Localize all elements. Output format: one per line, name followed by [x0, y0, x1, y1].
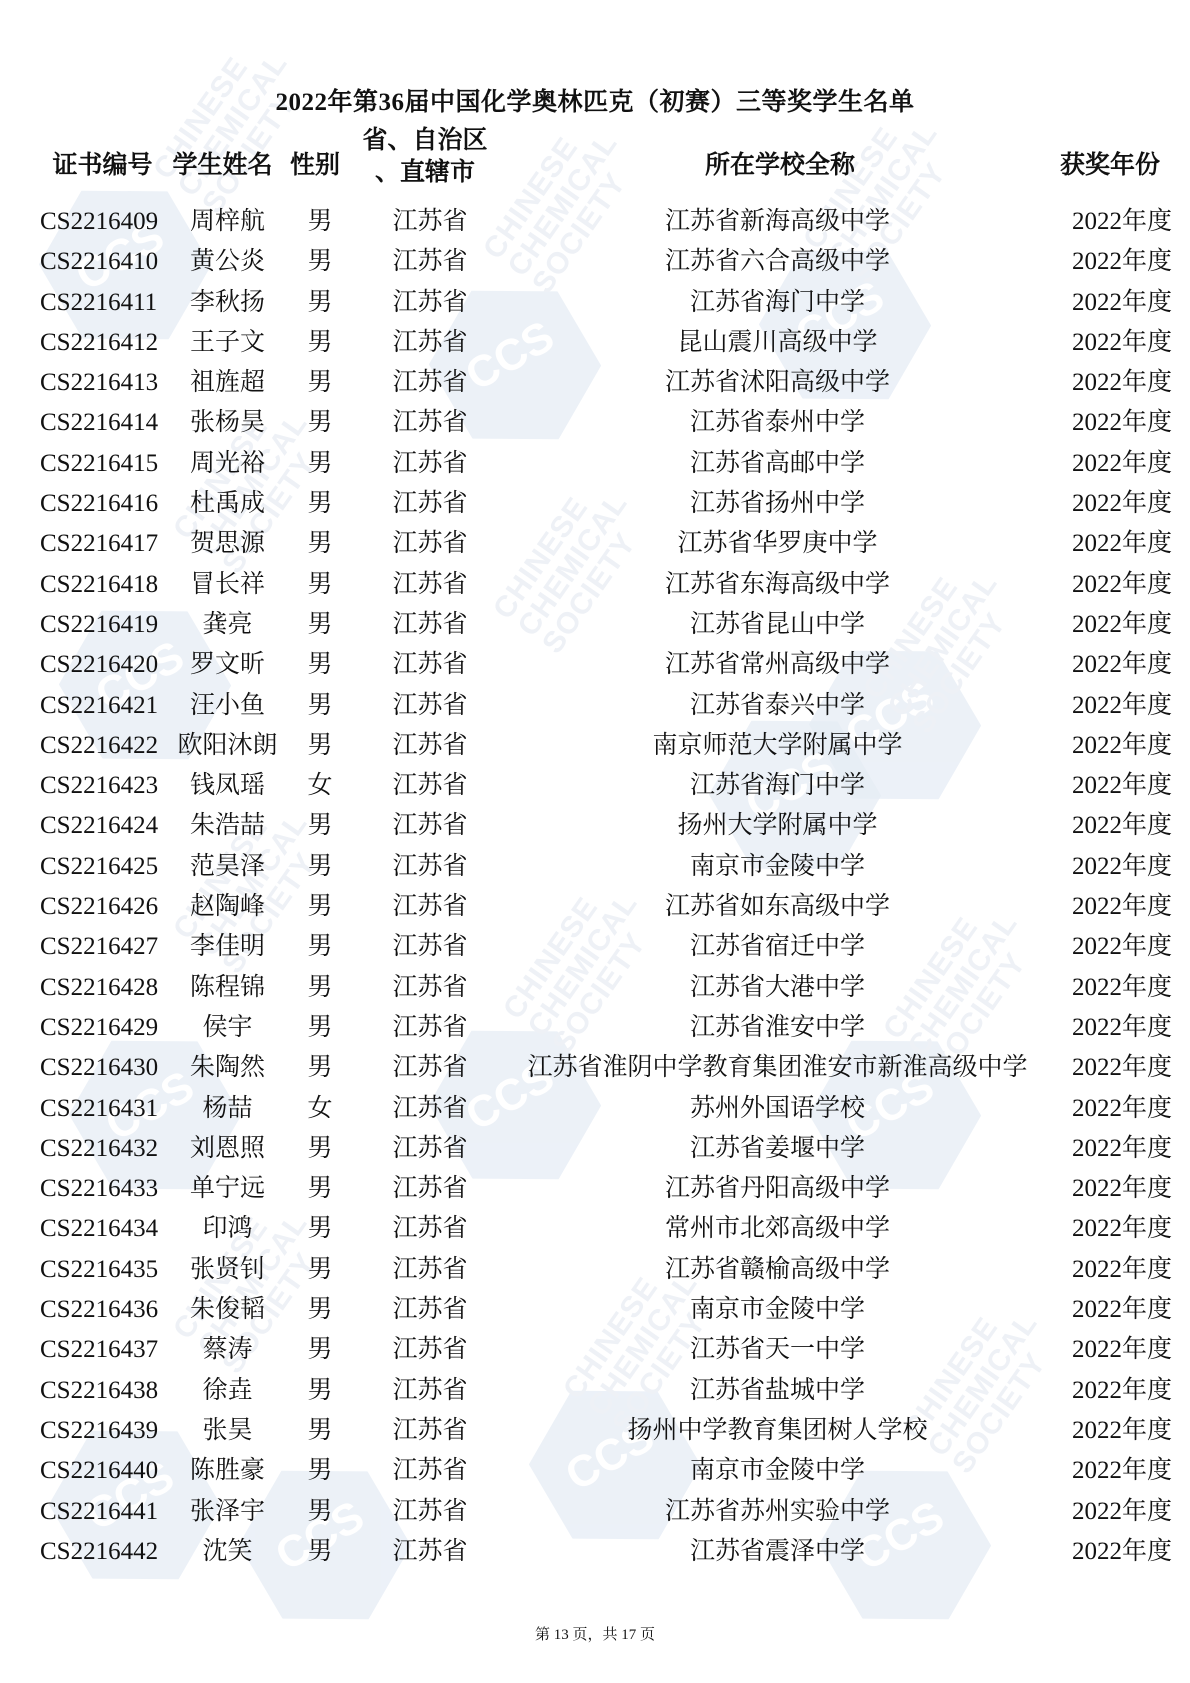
cell-year: 2022年度: [1040, 565, 1180, 605]
cell-province: 江苏省: [360, 363, 500, 403]
cell-school: 江苏省盐城中学: [505, 1371, 1050, 1411]
cell-cert-no: CS2216427: [40, 927, 165, 967]
cell-cert-no: CS2216429: [40, 1008, 165, 1048]
cell-cert-no: CS2216425: [40, 847, 165, 887]
cell-province: 江苏省: [360, 524, 500, 564]
cell-province: 江苏省: [360, 726, 500, 766]
cell-cert-no: CS2216434: [40, 1209, 165, 1249]
cell-gender: 男: [290, 1451, 350, 1491]
cell-year: 2022年度: [1040, 1330, 1180, 1370]
cell-name: 单宁远: [165, 1169, 290, 1209]
table-row: CS2216442 沈笑 男 江苏省 江苏省震泽中学 2022年度: [0, 1532, 1190, 1572]
table-row: CS2216418 冒长祥 男 江苏省 江苏省东海高级中学 2022年度: [0, 565, 1190, 605]
cell-name: 贺思源: [165, 524, 290, 564]
cell-year: 2022年度: [1040, 363, 1180, 403]
cell-name: 张贤钊: [165, 1250, 290, 1290]
table-row: CS2216413 祖旌超 男 江苏省 江苏省沭阳高级中学 2022年度: [0, 363, 1190, 403]
cell-province: 江苏省: [360, 1048, 500, 1088]
table-row: CS2216427 李佳明 男 江苏省 江苏省宿迁中学 2022年度: [0, 927, 1190, 967]
cell-gender: 男: [290, 1492, 350, 1532]
cell-cert-no: CS2216438: [40, 1371, 165, 1411]
cell-province: 江苏省: [360, 323, 500, 363]
cell-year: 2022年度: [1040, 726, 1180, 766]
cell-school: 扬州中学教育集团树人学校: [505, 1411, 1050, 1451]
table-row: CS2216415 周光裕 男 江苏省 江苏省高邮中学 2022年度: [0, 444, 1190, 484]
cell-province: 江苏省: [360, 968, 500, 1008]
page-title: 2022年第36届中国化学奥林匹克（初赛）三等奖学生名单: [0, 82, 1190, 118]
cell-name: 周梓航: [165, 202, 290, 242]
cell-gender: 男: [290, 847, 350, 887]
cell-cert-no: CS2216432: [40, 1129, 165, 1169]
cell-province: 江苏省: [360, 1330, 500, 1370]
cell-year: 2022年度: [1040, 444, 1180, 484]
cell-school: 南京师范大学附属中学: [505, 726, 1050, 766]
cell-year: 2022年度: [1040, 1451, 1180, 1491]
cell-year: 2022年度: [1040, 242, 1180, 282]
cell-school: 江苏省天一中学: [505, 1330, 1050, 1370]
cell-cert-no: CS2216417: [40, 524, 165, 564]
table-header: 证书编号 学生姓名 性别 省、自治区 、直辖市 所在学校全称 获奖年份: [0, 125, 1190, 195]
cell-cert-no: CS2216431: [40, 1089, 165, 1129]
cell-gender: 男: [290, 1169, 350, 1209]
table-row: CS2216417 贺思源 男 江苏省 江苏省华罗庚中学 2022年度: [0, 524, 1190, 564]
cell-name: 冒长祥: [165, 565, 290, 605]
cell-name: 陈胜豪: [165, 1451, 290, 1491]
cell-province: 江苏省: [360, 1250, 500, 1290]
cell-school: 江苏省泰州中学: [505, 403, 1050, 443]
cell-name: 印鸿: [165, 1209, 290, 1249]
cell-gender: 男: [290, 202, 350, 242]
cell-province: 江苏省: [360, 484, 500, 524]
table-row: CS2216421 汪小鱼 男 江苏省 江苏省泰兴中学 2022年度: [0, 686, 1190, 726]
cell-gender: 女: [290, 1089, 350, 1129]
cell-year: 2022年度: [1040, 1532, 1180, 1572]
cell-name: 朱陶然: [165, 1048, 290, 1088]
cell-name: 张杨昊: [165, 403, 290, 443]
cell-province: 江苏省: [360, 686, 500, 726]
cell-cert-no: CS2216437: [40, 1330, 165, 1370]
cell-school: 扬州大学附属中学: [505, 806, 1050, 846]
column-header-province: 省、自治区 、直辖市: [350, 125, 500, 189]
column-header-province-line2: 、直辖市: [375, 159, 475, 186]
cell-gender: 男: [290, 524, 350, 564]
cell-cert-no: CS2216419: [40, 605, 165, 645]
cell-cert-no: CS2216411: [40, 283, 165, 323]
cell-gender: 男: [290, 1209, 350, 1249]
cell-province: 江苏省: [360, 1371, 500, 1411]
cell-name: 蔡涛: [165, 1330, 290, 1370]
cell-cert-no: CS2216436: [40, 1290, 165, 1330]
cell-gender: 男: [290, 1048, 350, 1088]
table-row: CS2216429 侯宇 男 江苏省 江苏省淮安中学 2022年度: [0, 1008, 1190, 1048]
cell-gender: 男: [290, 1371, 350, 1411]
cell-name: 杜禹成: [165, 484, 290, 524]
cell-school: 江苏省大港中学: [505, 968, 1050, 1008]
cell-province: 江苏省: [360, 847, 500, 887]
cell-year: 2022年度: [1040, 1411, 1180, 1451]
cell-school: 江苏省新海高级中学: [505, 202, 1050, 242]
cell-gender: 男: [290, 1129, 350, 1169]
cell-year: 2022年度: [1040, 524, 1180, 564]
cell-year: 2022年度: [1040, 202, 1180, 242]
cell-cert-no: CS2216428: [40, 968, 165, 1008]
cell-province: 江苏省: [360, 1008, 500, 1048]
table-row: CS2216440 陈胜豪 男 江苏省 南京市金陵中学 2022年度: [0, 1451, 1190, 1491]
cell-gender: 男: [290, 686, 350, 726]
cell-gender: 男: [290, 1008, 350, 1048]
table-row: CS2216426 赵陶峰 男 江苏省 江苏省如东高级中学 2022年度: [0, 887, 1190, 927]
cell-year: 2022年度: [1040, 605, 1180, 645]
cell-school: 江苏省震泽中学: [505, 1532, 1050, 1572]
cell-province: 江苏省: [360, 283, 500, 323]
cell-school: 江苏省淮安中学: [505, 1008, 1050, 1048]
table-row: CS2216420 罗文昕 男 江苏省 江苏省常州高级中学 2022年度: [0, 645, 1190, 685]
cell-gender: 男: [290, 323, 350, 363]
cell-cert-no: CS2216441: [40, 1492, 165, 1532]
table-row: CS2216436 朱俊韬 男 江苏省 南京市金陵中学 2022年度: [0, 1290, 1190, 1330]
table-row: CS2216437 蔡涛 男 江苏省 江苏省天一中学 2022年度: [0, 1330, 1190, 1370]
cell-school: 江苏省沭阳高级中学: [505, 363, 1050, 403]
cell-gender: 男: [290, 887, 350, 927]
column-header-province-line1: 省、自治区: [362, 127, 487, 154]
cell-name: 王子文: [165, 323, 290, 363]
cell-province: 江苏省: [360, 927, 500, 967]
cell-year: 2022年度: [1040, 887, 1180, 927]
cell-school: 南京市金陵中学: [505, 1290, 1050, 1330]
cell-year: 2022年度: [1040, 968, 1180, 1008]
cell-province: 江苏省: [360, 1290, 500, 1330]
table-row: CS2216419 龚亮 男 江苏省 江苏省昆山中学 2022年度: [0, 605, 1190, 645]
cell-province: 江苏省: [360, 887, 500, 927]
cell-name: 罗文昕: [165, 645, 290, 685]
cell-school: 江苏省丹阳高级中学: [505, 1169, 1050, 1209]
cell-year: 2022年度: [1040, 847, 1180, 887]
table-row: CS2216414 张杨昊 男 江苏省 江苏省泰州中学 2022年度: [0, 403, 1190, 443]
cell-gender: 男: [290, 605, 350, 645]
cell-province: 江苏省: [360, 202, 500, 242]
cell-gender: 男: [290, 1532, 350, 1572]
cell-school: 江苏省扬州中学: [505, 484, 1050, 524]
cell-province: 江苏省: [360, 1169, 500, 1209]
cell-school: 江苏省苏州实验中学: [505, 1492, 1050, 1532]
cell-cert-no: CS2216412: [40, 323, 165, 363]
table-row: CS2216434 印鸿 男 江苏省 常州市北郊高级中学 2022年度: [0, 1209, 1190, 1249]
cell-year: 2022年度: [1040, 766, 1180, 806]
column-header-gender: 性别: [285, 145, 345, 181]
cell-cert-no: CS2216423: [40, 766, 165, 806]
cell-name: 范昊泽: [165, 847, 290, 887]
cell-school: 江苏省华罗庚中学: [505, 524, 1050, 564]
cell-school: 江苏省昆山中学: [505, 605, 1050, 645]
cell-cert-no: CS2216435: [40, 1250, 165, 1290]
cell-year: 2022年度: [1040, 645, 1180, 685]
cell-name: 赵陶峰: [165, 887, 290, 927]
cell-province: 江苏省: [360, 645, 500, 685]
cell-cert-no: CS2216439: [40, 1411, 165, 1451]
cell-cert-no: CS2216410: [40, 242, 165, 282]
cell-school: 常州市北郊高级中学: [505, 1209, 1050, 1249]
cell-year: 2022年度: [1040, 1371, 1180, 1411]
table-row: CS2216432 刘恩照 男 江苏省 江苏省姜堰中学 2022年度: [0, 1129, 1190, 1169]
cell-year: 2022年度: [1040, 1250, 1180, 1290]
cell-province: 江苏省: [360, 1089, 500, 1129]
cell-school: 江苏省高邮中学: [505, 444, 1050, 484]
cell-gender: 男: [290, 242, 350, 282]
cell-name: 张泽宇: [165, 1492, 290, 1532]
cell-gender: 男: [290, 726, 350, 766]
cell-name: 龚亮: [165, 605, 290, 645]
cell-name: 杨喆: [165, 1089, 290, 1129]
cell-year: 2022年度: [1040, 283, 1180, 323]
cell-school: 南京市金陵中学: [505, 847, 1050, 887]
cell-year: 2022年度: [1040, 1169, 1180, 1209]
cell-province: 江苏省: [360, 403, 500, 443]
cell-gender: 男: [290, 806, 350, 846]
cell-gender: 男: [290, 1330, 350, 1370]
table-row: CS2216425 范昊泽 男 江苏省 南京市金陵中学 2022年度: [0, 847, 1190, 887]
table-row: CS2216416 杜禹成 男 江苏省 江苏省扬州中学 2022年度: [0, 484, 1190, 524]
table-row: CS2216422 欧阳沐朗 男 江苏省 南京师范大学附属中学 2022年度: [0, 726, 1190, 766]
cell-gender: 男: [290, 968, 350, 1008]
cell-name: 陈程锦: [165, 968, 290, 1008]
cell-cert-no: CS2216442: [40, 1532, 165, 1572]
column-header-year: 获奖年份: [1040, 145, 1180, 181]
cell-name: 张昊: [165, 1411, 290, 1451]
cell-school: 江苏省海门中学: [505, 766, 1050, 806]
cell-province: 江苏省: [360, 605, 500, 645]
cell-name: 侯宇: [165, 1008, 290, 1048]
cell-cert-no: CS2216424: [40, 806, 165, 846]
cell-cert-no: CS2216426: [40, 887, 165, 927]
cell-gender: 男: [290, 363, 350, 403]
table-row: CS2216410 黄公炎 男 江苏省 江苏省六合高级中学 2022年度: [0, 242, 1190, 282]
cell-year: 2022年度: [1040, 1492, 1180, 1532]
cell-cert-no: CS2216430: [40, 1048, 165, 1088]
cell-school: 江苏省淮阴中学教育集团淮安市新淮高级中学: [505, 1048, 1050, 1088]
cell-year: 2022年度: [1040, 806, 1180, 846]
cell-province: 江苏省: [360, 565, 500, 605]
column-header-school: 所在学校全称: [510, 145, 1050, 181]
cell-name: 李秋扬: [165, 283, 290, 323]
cell-school: 江苏省六合高级中学: [505, 242, 1050, 282]
cell-province: 江苏省: [360, 444, 500, 484]
table-row: CS2216439 张昊 男 江苏省 扬州中学教育集团树人学校 2022年度: [0, 1411, 1190, 1451]
cell-gender: 男: [290, 1250, 350, 1290]
cell-cert-no: CS2216420: [40, 645, 165, 685]
cell-year: 2022年度: [1040, 1290, 1180, 1330]
cell-gender: 男: [290, 927, 350, 967]
table-row: CS2216424 朱浩喆 男 江苏省 扬州大学附属中学 2022年度: [0, 806, 1190, 846]
cell-name: 李佳明: [165, 927, 290, 967]
cell-cert-no: CS2216421: [40, 686, 165, 726]
cell-year: 2022年度: [1040, 686, 1180, 726]
cell-province: 江苏省: [360, 1129, 500, 1169]
cell-year: 2022年度: [1040, 403, 1180, 443]
cell-cert-no: CS2216416: [40, 484, 165, 524]
table-body: CS2216409 周梓航 男 江苏省 江苏省新海高级中学 2022年度 CS2…: [0, 202, 1190, 1572]
cell-cert-no: CS2216433: [40, 1169, 165, 1209]
cell-school: 南京市金陵中学: [505, 1451, 1050, 1491]
cell-cert-no: CS2216413: [40, 363, 165, 403]
cell-year: 2022年度: [1040, 484, 1180, 524]
table-row: CS2216431 杨喆 女 江苏省 苏州外国语学校 2022年度: [0, 1089, 1190, 1129]
cell-year: 2022年度: [1040, 323, 1180, 363]
table-row: CS2216438 徐垚 男 江苏省 江苏省盐城中学 2022年度: [0, 1371, 1190, 1411]
cell-name: 周光裕: [165, 444, 290, 484]
cell-year: 2022年度: [1040, 1048, 1180, 1088]
cell-province: 江苏省: [360, 766, 500, 806]
page-number-footer: 第 13 页，共 17 页: [0, 1623, 1190, 1644]
cell-name: 刘恩照: [165, 1129, 290, 1169]
cell-gender: 男: [290, 1411, 350, 1451]
cell-gender: 男: [290, 484, 350, 524]
table-row: CS2216435 张贤钊 男 江苏省 江苏省赣榆高级中学 2022年度: [0, 1250, 1190, 1290]
cell-gender: 男: [290, 283, 350, 323]
cell-province: 江苏省: [360, 1532, 500, 1572]
table-row: CS2216433 单宁远 男 江苏省 江苏省丹阳高级中学 2022年度: [0, 1169, 1190, 1209]
table-row: CS2216409 周梓航 男 江苏省 江苏省新海高级中学 2022年度: [0, 202, 1190, 242]
cell-school: 江苏省东海高级中学: [505, 565, 1050, 605]
table-row: CS2216428 陈程锦 男 江苏省 江苏省大港中学 2022年度: [0, 968, 1190, 1008]
cell-name: 黄公炎: [165, 242, 290, 282]
cell-province: 江苏省: [360, 242, 500, 282]
cell-name: 徐垚: [165, 1371, 290, 1411]
table-row: CS2216411 李秋扬 男 江苏省 江苏省海门中学 2022年度: [0, 283, 1190, 323]
cell-year: 2022年度: [1040, 1129, 1180, 1169]
cell-name: 欧阳沐朗: [165, 726, 290, 766]
cell-name: 钱凤瑶: [165, 766, 290, 806]
cell-gender: 男: [290, 403, 350, 443]
cell-school: 江苏省宿迁中学: [505, 927, 1050, 967]
cell-school: 江苏省常州高级中学: [505, 645, 1050, 685]
cell-cert-no: CS2216414: [40, 403, 165, 443]
cell-school: 江苏省赣榆高级中学: [505, 1250, 1050, 1290]
table-row: CS2216423 钱凤瑶 女 江苏省 江苏省海门中学 2022年度: [0, 766, 1190, 806]
cell-school: 江苏省如东高级中学: [505, 887, 1050, 927]
cell-school: 苏州外国语学校: [505, 1089, 1050, 1129]
cell-province: 江苏省: [360, 806, 500, 846]
cell-school: 昆山震川高级中学: [505, 323, 1050, 363]
cell-cert-no: CS2216418: [40, 565, 165, 605]
cell-gender: 男: [290, 1290, 350, 1330]
cell-province: 江苏省: [360, 1451, 500, 1491]
column-header-cert-no: 证书编号: [40, 145, 165, 181]
cell-gender: 男: [290, 645, 350, 685]
cell-gender: 男: [290, 565, 350, 605]
cell-name: 祖旌超: [165, 363, 290, 403]
table-row: CS2216430 朱陶然 男 江苏省 江苏省淮阴中学教育集团淮安市新淮高级中学…: [0, 1048, 1190, 1088]
cell-name: 汪小鱼: [165, 686, 290, 726]
cell-gender: 女: [290, 766, 350, 806]
cell-year: 2022年度: [1040, 1008, 1180, 1048]
cell-name: 朱俊韬: [165, 1290, 290, 1330]
cell-school: 江苏省海门中学: [505, 283, 1050, 323]
cell-province: 江苏省: [360, 1411, 500, 1451]
cell-year: 2022年度: [1040, 1209, 1180, 1249]
cell-province: 江苏省: [360, 1492, 500, 1532]
cell-school: 江苏省姜堰中学: [505, 1129, 1050, 1169]
column-header-name: 学生姓名: [165, 145, 280, 181]
table-row: CS2216441 张泽宇 男 江苏省 江苏省苏州实验中学 2022年度: [0, 1492, 1190, 1532]
table-row: CS2216412 王子文 男 江苏省 昆山震川高级中学 2022年度: [0, 323, 1190, 363]
cell-name: 朱浩喆: [165, 806, 290, 846]
cell-name: 沈笑: [165, 1532, 290, 1572]
cell-year: 2022年度: [1040, 1089, 1180, 1129]
cell-province: 江苏省: [360, 1209, 500, 1249]
cell-cert-no: CS2216415: [40, 444, 165, 484]
cell-year: 2022年度: [1040, 927, 1180, 967]
cell-cert-no: CS2216422: [40, 726, 165, 766]
cell-school: 江苏省泰兴中学: [505, 686, 1050, 726]
cell-cert-no: CS2216409: [40, 202, 165, 242]
cell-cert-no: CS2216440: [40, 1451, 165, 1491]
cell-gender: 男: [290, 444, 350, 484]
